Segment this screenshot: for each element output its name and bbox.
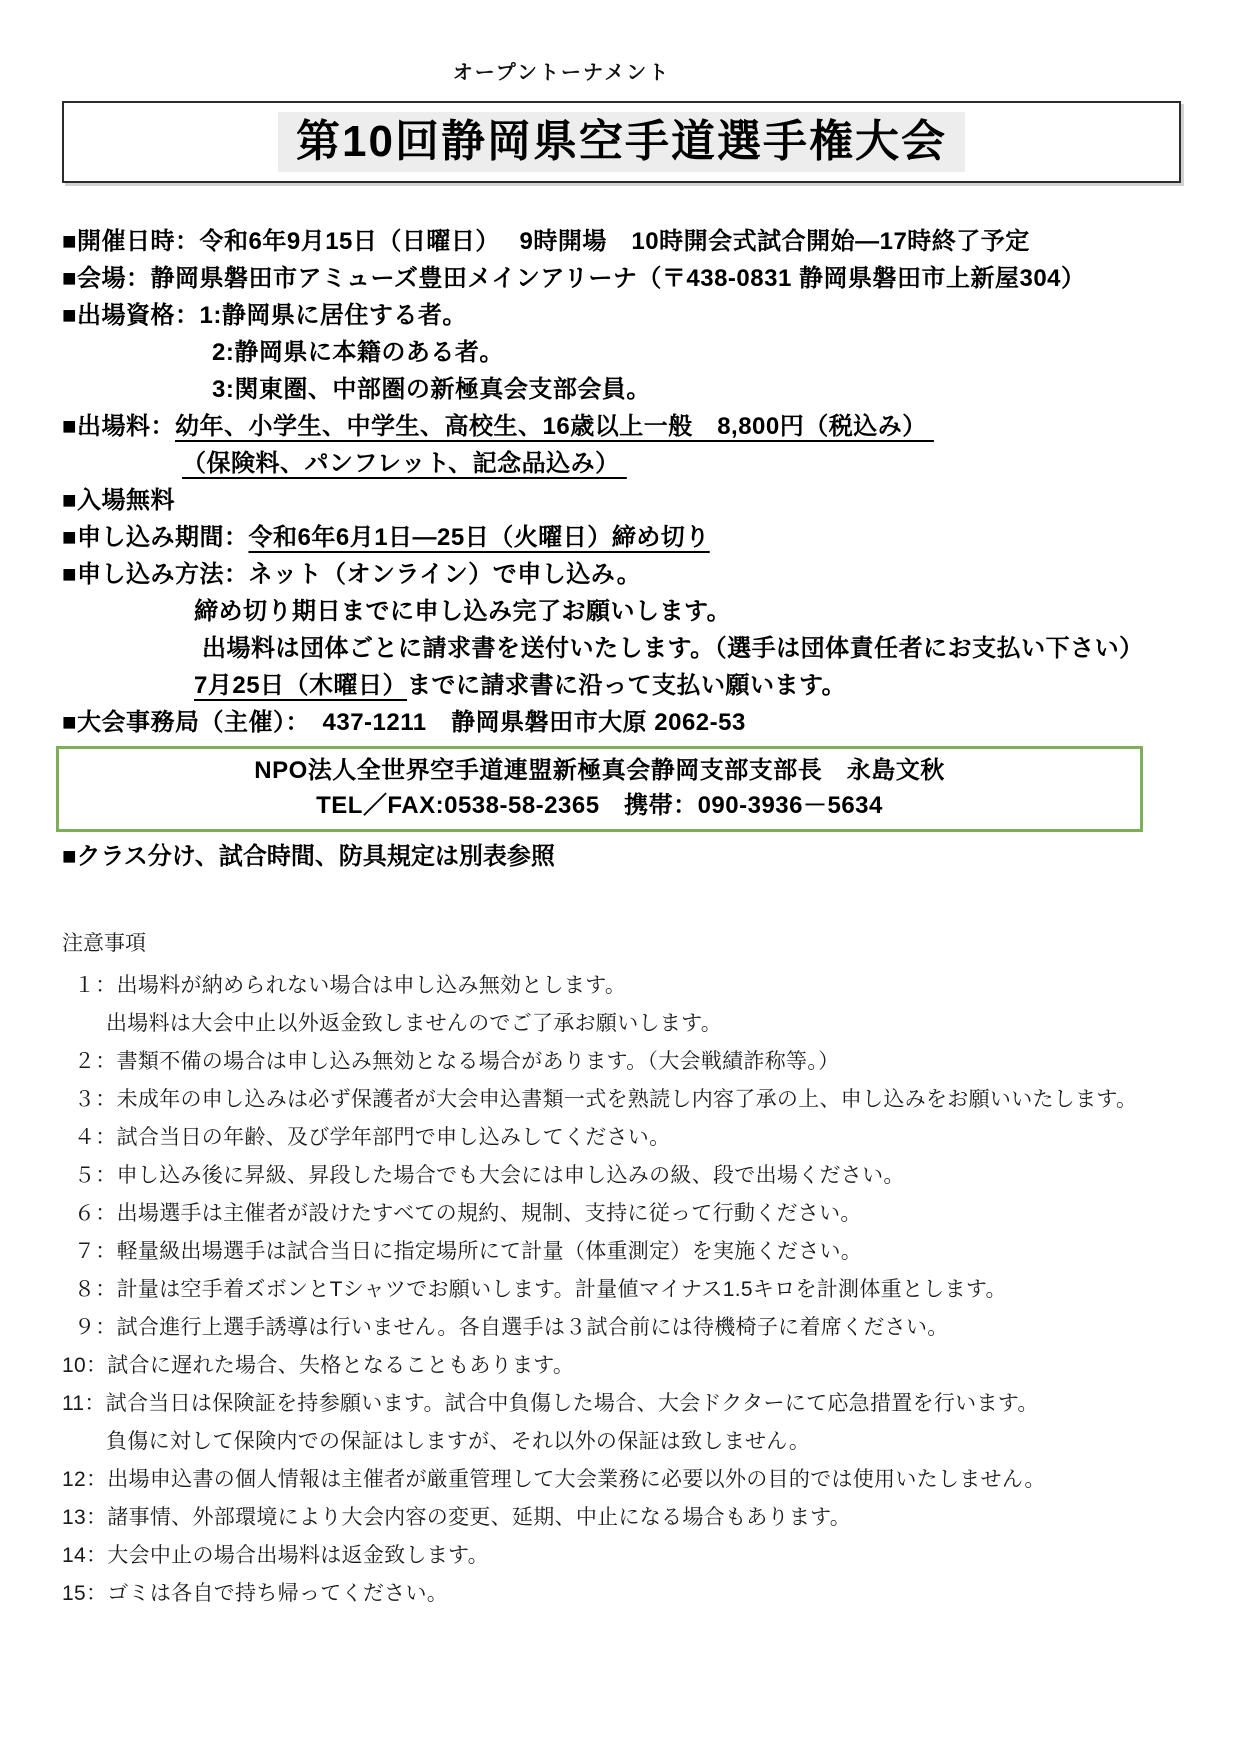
info-line-eligibility-1: ■出場資格：1:静岡県に居住する者。 bbox=[62, 297, 1181, 334]
note-item-9: ９：試合進行上選手誘導は行いません。各自選手は３試合前には待機椅子に着席ください… bbox=[62, 1309, 1181, 1347]
info-line-date: ■開催日時：令和6年9月15日（日曜日） 9時開場 10時開会式試合開始—17時… bbox=[62, 223, 1181, 260]
note-item-8: ８：計量は空手着ズボンとTシャツでお願いします。計量値マイナス1.5キロを計測体… bbox=[62, 1271, 1181, 1309]
organizer-name: NPO法人全世界空手道連盟新極真会静岡支部支部長 永島文秋 bbox=[59, 753, 1140, 788]
info-line-application-method: ■申し込み方法：ネット（オンライン）で申し込み。 bbox=[62, 556, 1181, 593]
note-item-5: ５：申し込み後に昇級、昇段した場合でも大会には申し込みの級、段で出場ください。 bbox=[62, 1157, 1181, 1195]
note-item-3: ３：未成年の申し込みは必ず保護者が大会申込書類一式を熟読し内容了承の上、申し込み… bbox=[62, 1081, 1181, 1119]
organizer-contact-box: NPO法人全世界空手道連盟新極真会静岡支部支部長 永島文秋 TEL／FAX:05… bbox=[56, 746, 1143, 832]
notes-section: 注意事項 １：出場料が納められない場合は申し込み無効とします。 出場料は大会中止… bbox=[62, 927, 1181, 1613]
note-item-15: 15：ゴミは各自で持ち帰ってください。 bbox=[62, 1575, 1181, 1613]
info-line-eligibility-3: 3:関東圏、中部圏の新極真会支部会員。 bbox=[62, 371, 1181, 408]
info-line-admission-free: ■入場無料 bbox=[62, 482, 1181, 519]
info-line-eligibility-2: 2:静岡県に本籍のある者。 bbox=[62, 334, 1181, 371]
note-item-2: ２：書類不備の場合は申し込み無効となる場合があります。（大会戦績詐称等。） bbox=[62, 1043, 1181, 1081]
info-line-fee: ■出場料：幼年、小学生、中学生、高校生、16歳以上一般 8,800円（税込み） bbox=[62, 408, 1181, 445]
info-line-invoice-note: 出場料は団体ごとに請求書を送付いたします。（選手は団体責任者にお支払い下さい） bbox=[62, 630, 1181, 667]
title-box: 第10回静岡県空手道選手権大会 bbox=[62, 101, 1181, 183]
note-item-11: 11：試合当日は保険証を持参願います。試合中負傷した場合、大会ドクターにて応急措… bbox=[62, 1385, 1181, 1423]
note-item-12: 12：出場申込書の個人情報は主催者が厳重管理して大会業務に必要以外の目的では使用… bbox=[62, 1461, 1181, 1499]
info-line-deadline-note: 締め切り期日までに申し込み完了お願いします。 bbox=[62, 593, 1181, 630]
event-info-section: ■開催日時：令和6年9月15日（日曜日） 9時開場 10時開会式試合開始—17時… bbox=[62, 223, 1181, 741]
organizer-phone: TEL／FAX:0538‐58‐2365 携帯：090-3936－5634 bbox=[59, 788, 1140, 823]
notes-heading: 注意事項 bbox=[62, 927, 1181, 957]
page-title: 第10回静岡県空手道選手権大会 bbox=[278, 112, 965, 172]
note-item-11-cont: 負傷に対して保険内での保証はしますが、それ以外の保証は致しません。 bbox=[62, 1423, 1181, 1461]
info-line-venue: ■会場：静岡県磐田市アミューズ豊田メインアリーナ（〒438-0831 静岡県磐田… bbox=[62, 260, 1181, 297]
note-item-1: １：出場料が納められない場合は申し込み無効とします。 bbox=[62, 967, 1181, 1005]
info-line-application-period: ■申し込み期間：令和6年6月1日—25日（火曜日）締め切り bbox=[62, 519, 1181, 556]
tournament-subtitle: オープントーナメント bbox=[62, 56, 1061, 85]
note-item-6: ６：出場選手は主催者が設けたすべての規約、規制、支持に従って行動ください。 bbox=[62, 1195, 1181, 1233]
document-page: オープントーナメント 第10回静岡県空手道選手権大会 ■開催日時：令和6年9月1… bbox=[0, 0, 1241, 1754]
info-line-payment-due: 7月25日（木曜日）までに請求書に沿って支払い願います。 bbox=[62, 667, 1181, 704]
note-item-10: 10：試合に遅れた場合、失格となることもあります。 bbox=[62, 1347, 1181, 1385]
class-division-note: ■クラス分け、試合時間、防具規定は別表参照 bbox=[62, 838, 1181, 875]
info-line-office: ■大会事務局（主催）： 437-1211 静岡県磐田市大原 2062‐53 bbox=[62, 704, 1181, 741]
note-item-13: 13：諸事情、外部環境により大会内容の変更、延期、中止になる場合もあります。 bbox=[62, 1499, 1181, 1537]
note-item-14: 14：大会中止の場合出場料は返金致します。 bbox=[62, 1537, 1181, 1575]
note-item-7: ７：軽量級出場選手は試合当日に指定場所にて計量（体重測定）を実施ください。 bbox=[62, 1233, 1181, 1271]
info-line-fee-includes: （保険料、パンフレット、記念品込み） bbox=[62, 445, 1181, 482]
note-item-4: ４：試合当日の年齢、及び学年部門で申し込みしてください。 bbox=[62, 1119, 1181, 1157]
note-item-1-cont: 出場料は大会中止以外返金致しませんのでご了承お願いします。 bbox=[62, 1005, 1181, 1043]
